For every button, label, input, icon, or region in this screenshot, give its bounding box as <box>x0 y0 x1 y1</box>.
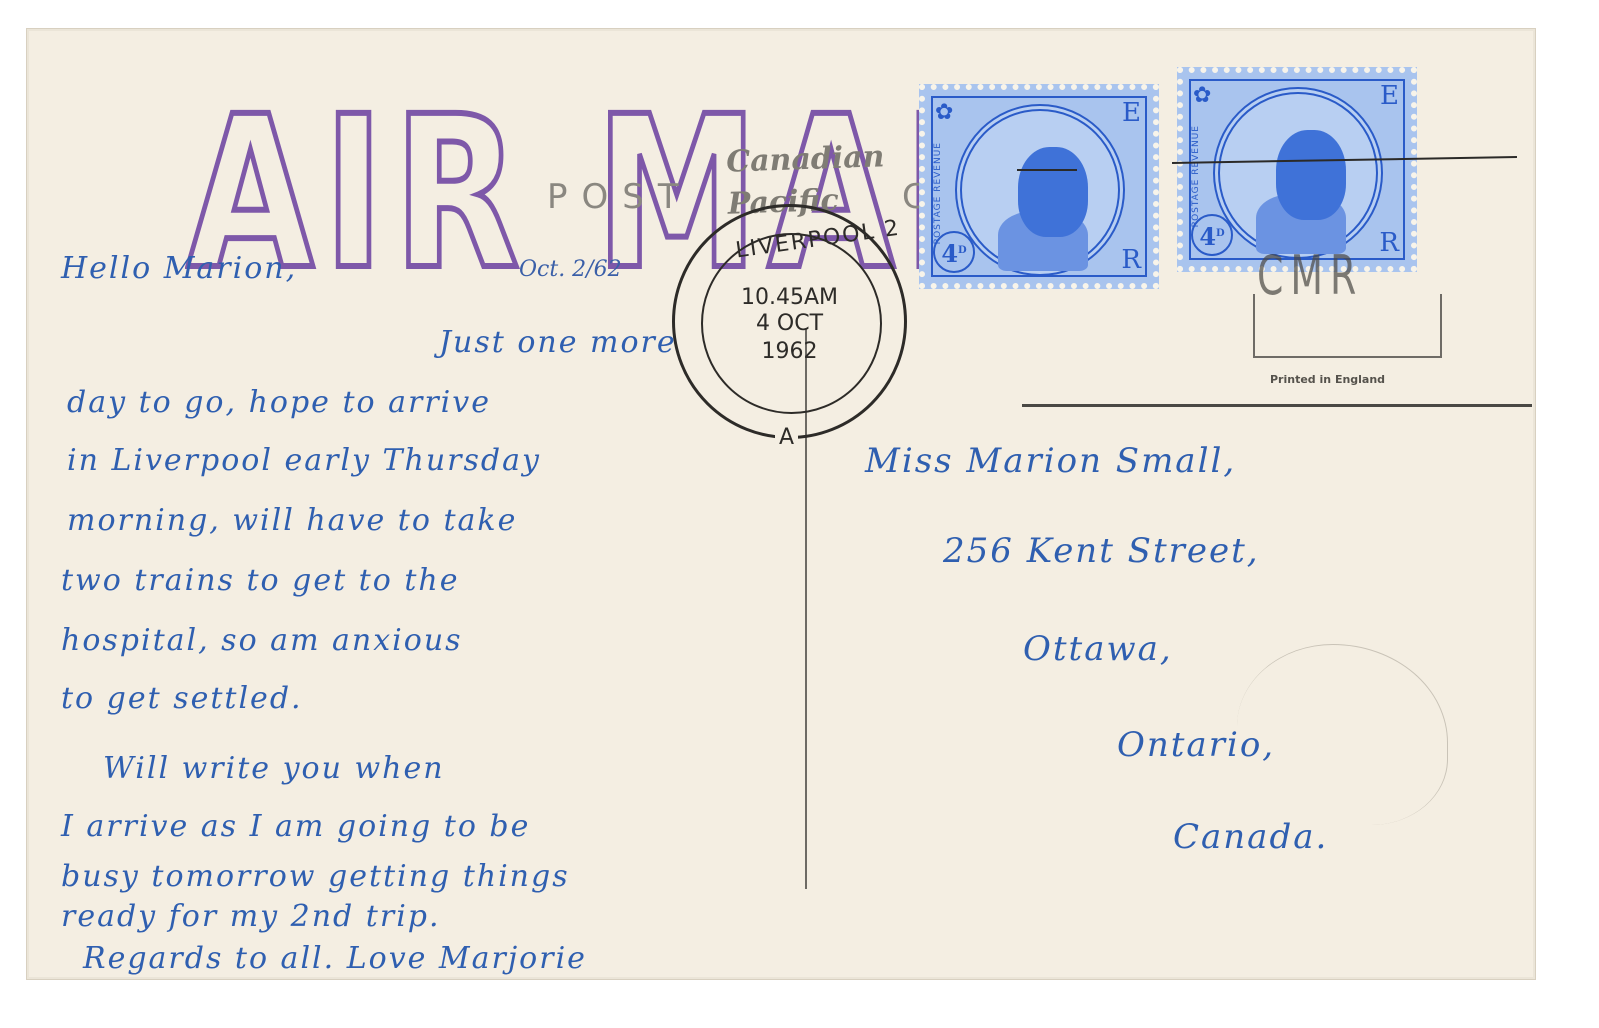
printed-in-england: Printed in England <box>1270 373 1385 386</box>
address-province: Ontario, <box>1117 725 1275 765</box>
floral-emblem-icon: ✿ <box>1193 83 1211 108</box>
stamp-side-text: POSTAGE REVENUE <box>1192 125 1202 227</box>
message-line: hospital, so am anxious <box>61 623 463 658</box>
stamp-oval <box>1213 87 1383 259</box>
postage-stamp-2: ✿ POSTAGE REVENUE E R 4D <box>1177 67 1417 272</box>
postmark-time: 10.45AM <box>675 285 904 310</box>
postcard: AIR MAIL POST C Canadian Pacific Oct. 2/… <box>26 28 1536 980</box>
postcard-header: POST C <box>547 177 693 217</box>
message-line: I arrive as I am going to be <box>61 809 530 844</box>
postmark-year: 1962 <box>675 339 904 364</box>
stamp-corner-r: R <box>1379 228 1399 258</box>
postage-stamp-1: ✿ POSTAGE REVENUE E R 4D <box>919 84 1159 289</box>
address-street: 256 Kent Street, <box>943 531 1260 571</box>
stamp-corner-r: R <box>1121 245 1141 275</box>
message-line: in Liverpool early Thursday <box>67 443 541 478</box>
postmark-date: 4 OCT <box>675 311 904 336</box>
message-line: to get settled. <box>61 681 303 716</box>
message-line: Hello Marion, <box>61 251 297 286</box>
message-line: Just one more <box>439 325 677 360</box>
stamp-side-text: POSTAGE REVENUE <box>934 142 944 244</box>
cancel-line <box>1022 404 1532 407</box>
address-name: Miss Marion Small, <box>865 441 1236 481</box>
postmark: LIVERPOOL 2 10.45AM 4 OCT 1962 A <box>672 204 907 439</box>
message-line: two trains to get to the <box>61 563 459 598</box>
cancel-line <box>1017 169 1077 171</box>
message-signoff: Regards to all. Love Marjorie <box>83 941 587 976</box>
stamp-oval <box>955 104 1125 276</box>
stamp-value: 4D <box>933 231 975 273</box>
message-line: morning, will have to take <box>67 503 517 538</box>
company-line-1: Canadian <box>726 136 886 183</box>
message-line: Will write you when <box>103 751 445 786</box>
address-country: Canada. <box>1173 817 1328 857</box>
postmark-letter: A <box>775 425 798 450</box>
stamp-corner-e: E <box>1380 81 1399 111</box>
stamp-value: 4D <box>1191 214 1233 256</box>
message-line: day to go, hope to arrive <box>67 385 491 420</box>
machine-cancel-box <box>1253 294 1442 358</box>
portrait-head <box>1018 147 1088 237</box>
stamp-corner-e: E <box>1122 98 1141 128</box>
handwritten-date: Oct. 2/62 <box>519 257 622 282</box>
message-line: ready for my 2nd trip. <box>61 899 441 934</box>
header-post: POST <box>547 177 693 217</box>
floral-emblem-icon: ✿ <box>935 100 953 125</box>
message-line: busy tomorrow getting things <box>61 859 570 894</box>
portrait-head <box>1276 130 1346 220</box>
address-city: Ottawa, <box>1023 629 1173 669</box>
